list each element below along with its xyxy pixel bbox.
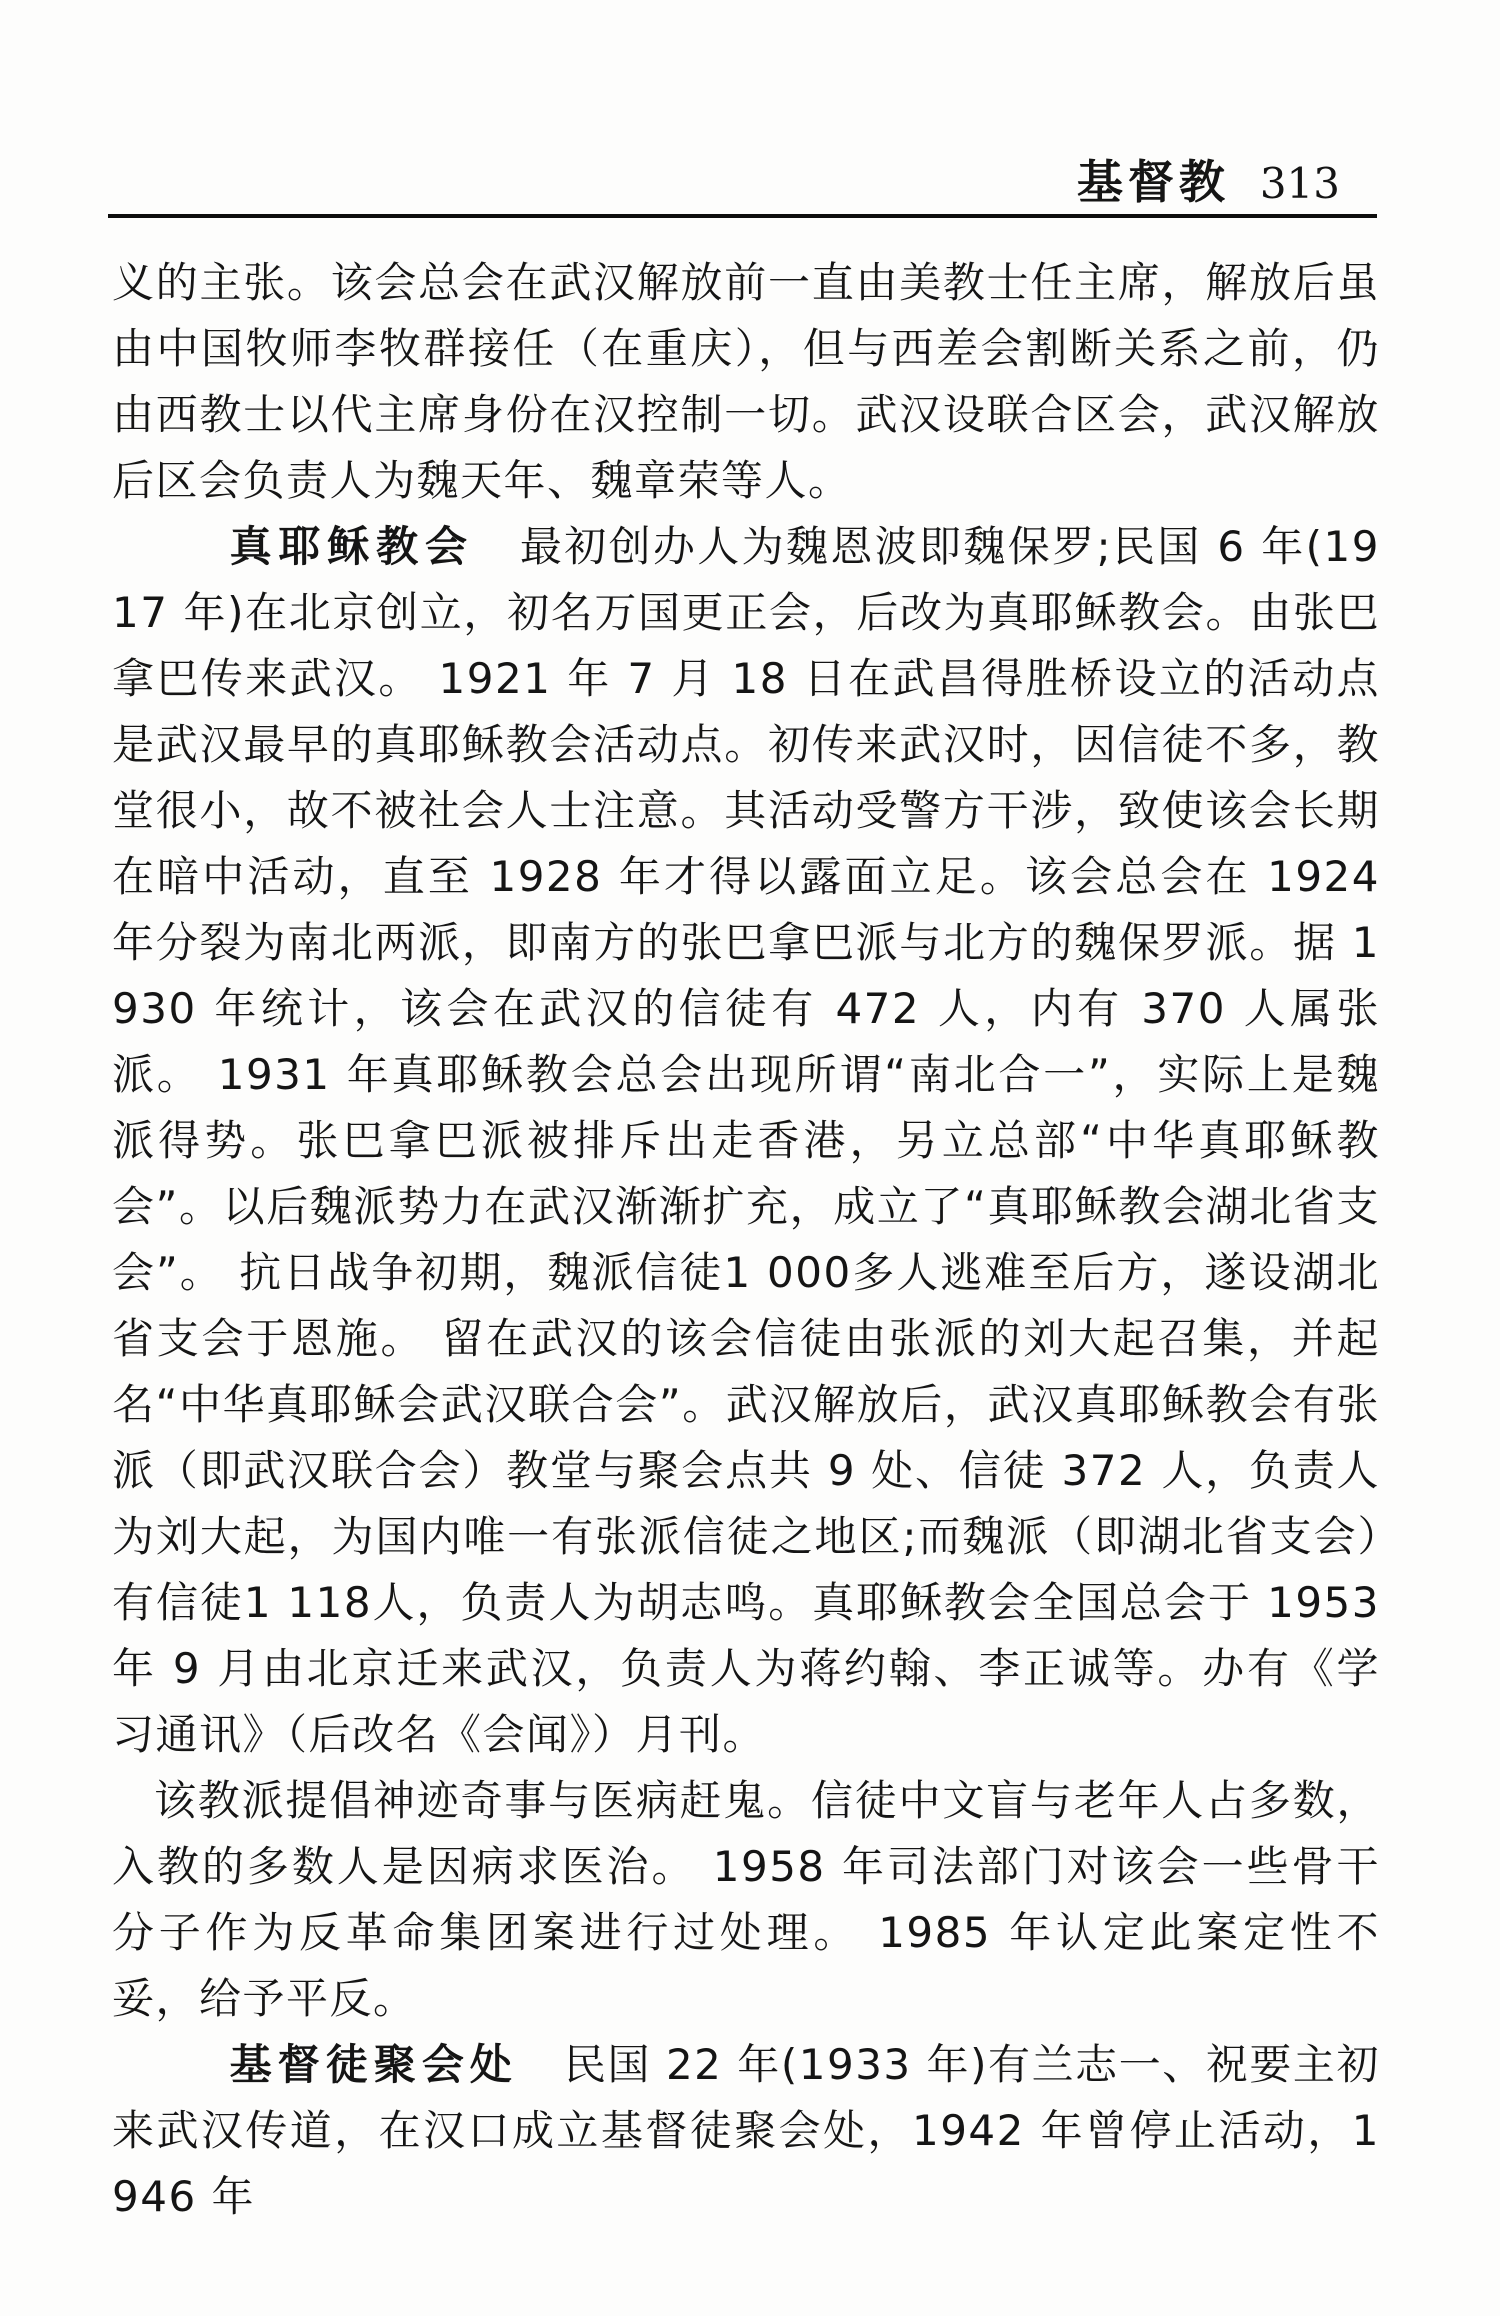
page-number: 313 <box>1260 159 1340 208</box>
entry-term: 基督徒聚会处 <box>230 2040 518 2089</box>
book-page: 基督教 313 义的主张。该会总会在武汉解放前一直由美教士任主席，解放后虽由中国… <box>0 0 1500 2316</box>
header-rule <box>108 214 1377 218</box>
entry-paragraph: 真耶稣教会最初创办人为魏恩波即魏保罗;民国 6 年(1917 年)在北京创立，初… <box>112 514 1380 1768</box>
page-body: 义的主张。该会总会在武汉解放前一直由美教士任主席，解放后虽由中国牧师李牧群接任（… <box>112 250 1380 2230</box>
running-header: 基督教 313 <box>1077 146 1340 212</box>
section-title: 基督教 <box>1077 146 1230 212</box>
paragraph: 该教派提倡神迹奇事与医病赶鬼。信徒中文盲与老年人占多数，入教的多数人是因病求医治… <box>112 1768 1380 2032</box>
paragraph: 义的主张。该会总会在武汉解放前一直由美教士任主席，解放后虽由中国牧师李牧群接任（… <box>112 250 1380 514</box>
entry-term: 真耶稣教会 <box>230 522 474 571</box>
entry-paragraph: 基督徒聚会处民国 22 年(1933 年)有兰志一、祝要主初来武汉传道，在汉口成… <box>112 2032 1380 2230</box>
